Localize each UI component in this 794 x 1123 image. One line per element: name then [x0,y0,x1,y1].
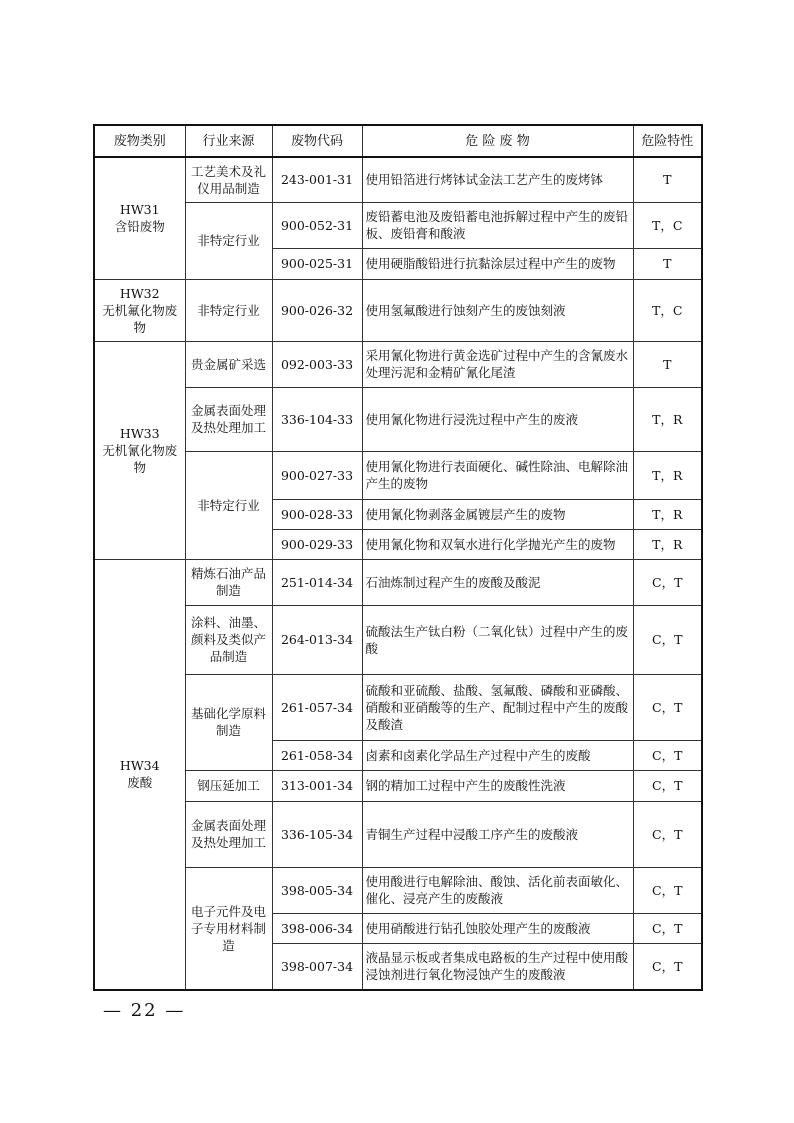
hazard-cell: T [633,248,702,279]
hazard-cell: T [633,157,702,202]
source-cell: 精炼石油产品制造 [185,559,272,605]
code-cell: 900-052-31 [272,202,362,248]
code-cell: 092-003-33 [272,341,362,387]
source-cell: 贵金属矿采选 [185,341,272,387]
hazard-cell: C，T [633,605,702,674]
waste-cell: 使用硬脂酸铅进行抗黏涂层过程中产生的废物 [362,248,633,279]
source-cell: 非特定行业 [185,451,272,559]
hazard-cell: T，R [633,529,702,559]
waste-cell: 使用硝酸进行钻孔蚀胶处理产生的废酸液 [362,913,633,943]
hazard-cell: T，C [633,279,702,341]
hazard-cell: T，R [633,387,702,451]
waste-cell: 使用酸进行电解除油、酸蚀、活化前表面敏化、催化、浸亮产生的废酸液 [362,867,633,913]
category-cell: HW31 含铅废物 [94,157,185,279]
hazard-cell: T，R [633,451,702,499]
source-cell: 金属表面处理及热处理加工 [185,801,272,867]
waste-cell: 石油炼制过程产生的废酸及酸泥 [362,559,633,605]
waste-cell: 使用氰化物进行浸洗过程中产生的废液 [362,387,633,451]
category-name: 含铅废物 [98,218,182,235]
category-cell: HW33 无机氰化物废物 [94,341,185,559]
hazard-cell: C，T [633,913,702,943]
hazard-cell: C，T [633,559,702,605]
source-cell: 涂料、油墨、颜料及类似产品制造 [185,605,272,674]
table-row: HW33 无机氰化物废物 贵金属矿采选 092-003-33 采用氰化物进行黄金… [94,341,702,387]
table-row: 非特定行业 900-052-31 废铅蓄电池及废铅蓄电池拆解过程中产生的废铅板、… [94,202,702,248]
waste-cell: 液晶显示板或者集成电路板的生产过程中使用酸浸蚀剂进行氧化物浸蚀产生的废酸液 [362,943,633,990]
waste-cell: 钢的精加工过程中产生的废酸性洗液 [362,770,633,801]
hazard-cell: C，T [633,740,702,770]
hazard-cell: C，T [633,867,702,913]
table-row: 电子元件及电子专用材料制造 398-005-34 使用酸进行电解除油、酸蚀、活化… [94,867,702,913]
table-row: 金属表面处理及热处理加工 336-105-34 青铜生产过程中浸酸工序产生的废酸… [94,801,702,867]
code-cell: 261-058-34 [272,740,362,770]
source-cell: 基础化学原料制造 [185,674,272,770]
code-cell: 900-027-33 [272,451,362,499]
code-cell: 251-014-34 [272,559,362,605]
waste-cell: 硫酸法生产钛白粉（二氧化钛）过程中产生的废酸 [362,605,633,674]
waste-cell: 青铜生产过程中浸酸工序产生的废酸液 [362,801,633,867]
code-cell: 900-028-33 [272,499,362,529]
code-cell: 313-001-34 [272,770,362,801]
table-row: HW32 无机氟化物废物 非特定行业 900-026-32 使用氢氟酸进行蚀刻产… [94,279,702,341]
waste-cell: 使用氢氟酸进行蚀刻产生的废蚀刻液 [362,279,633,341]
code-cell: 336-104-33 [272,387,362,451]
hazard-cell: T [633,341,702,387]
source-cell: 非特定行业 [185,279,272,341]
code-cell: 900-029-33 [272,529,362,559]
code-cell: 243-001-31 [272,157,362,202]
source-cell: 金属表面处理及热处理加工 [185,387,272,451]
header-waste-code: 废物代码 [272,125,362,157]
hazard-cell: T，C [633,202,702,248]
category-code: HW34 [98,757,182,774]
table-row: 金属表面处理及热处理加工 336-104-33 使用氰化物进行浸洗过程中产生的废… [94,387,702,451]
code-cell: 900-026-32 [272,279,362,341]
table-row: 基础化学原料制造 261-057-34 硫酸和亚硫酸、盐酸、氢氟酸、磷酸和亚磷酸… [94,674,702,740]
table-row: 涂料、油墨、颜料及类似产品制造 264-013-34 硫酸法生产钛白粉（二氧化钛… [94,605,702,674]
category-cell: HW34 废酸 [94,559,185,990]
code-cell: 398-006-34 [272,913,362,943]
code-cell: 264-013-34 [272,605,362,674]
code-cell: 398-007-34 [272,943,362,990]
category-code: HW32 [98,285,182,302]
waste-cell: 使用氰化物剥落金属镀层产生的废物 [362,499,633,529]
category-name: 无机氟化物废物 [98,302,182,336]
waste-cell: 使用铅箔进行烤钵试金法工艺产生的废烤钵 [362,157,633,202]
category-name: 无机氰化物废物 [98,442,182,476]
header-waste-category: 废物类别 [94,125,185,157]
hazard-cell: C，T [633,801,702,867]
source-cell: 非特定行业 [185,202,272,279]
table-header-row: 废物类别 行业来源 废物代码 危 险 废 物 危险特性 [94,125,702,157]
code-cell: 336-105-34 [272,801,362,867]
waste-cell: 硫酸和亚硫酸、盐酸、氢氟酸、磷酸和亚磷酸、硝酸和亚硝酸等的生产、配制过程中产生的… [362,674,633,740]
table-row: 钢压延加工 313-001-34 钢的精加工过程中产生的废酸性洗液 C，T [94,770,702,801]
source-cell: 钢压延加工 [185,770,272,801]
table-row: HW31 含铅废物 工艺美术及礼仪用品制造 243-001-31 使用铅箔进行烤… [94,157,702,202]
hazard-cell: C，T [633,770,702,801]
hazard-cell: C，T [633,674,702,740]
waste-cell: 使用氰化物和双氧水进行化学抛光产生的废物 [362,529,633,559]
code-cell: 398-005-34 [272,867,362,913]
category-cell: HW32 无机氟化物废物 [94,279,185,341]
page-number: — 22 — [103,1000,185,1021]
waste-cell: 采用氰化物进行黄金选矿过程中产生的含氰废水处理污泥和金精矿氰化尾渣 [362,341,633,387]
waste-cell: 使用氰化物进行表面硬化、碱性除油、电解除油产生的废物 [362,451,633,499]
waste-cell: 卤素和卤素化学品生产过程中产生的废酸 [362,740,633,770]
waste-cell: 废铅蓄电池及废铅蓄电池拆解过程中产生的废铅板、废铅膏和酸液 [362,202,633,248]
table-row: 非特定行业 900-027-33 使用氰化物进行表面硬化、碱性除油、电解除油产生… [94,451,702,499]
source-cell: 电子元件及电子专用材料制造 [185,867,272,990]
table-row: HW34 废酸 精炼石油产品制造 251-014-34 石油炼制过程产生的废酸及… [94,559,702,605]
header-hazardous-waste: 危 险 废 物 [362,125,633,157]
hazard-cell: C，T [633,943,702,990]
header-industry-source: 行业来源 [185,125,272,157]
hazard-cell: T，R [633,499,702,529]
category-code: HW33 [98,425,182,442]
hazardous-waste-table: 废物类别 行业来源 废物代码 危 险 废 物 危险特性 HW31 含铅废物 工艺… [93,124,703,991]
source-cell: 工艺美术及礼仪用品制造 [185,157,272,202]
code-cell: 900-025-31 [272,248,362,279]
category-name: 废酸 [98,774,182,791]
header-hazard-property: 危险特性 [633,125,702,157]
category-code: HW31 [98,201,182,218]
code-cell: 261-057-34 [272,674,362,740]
